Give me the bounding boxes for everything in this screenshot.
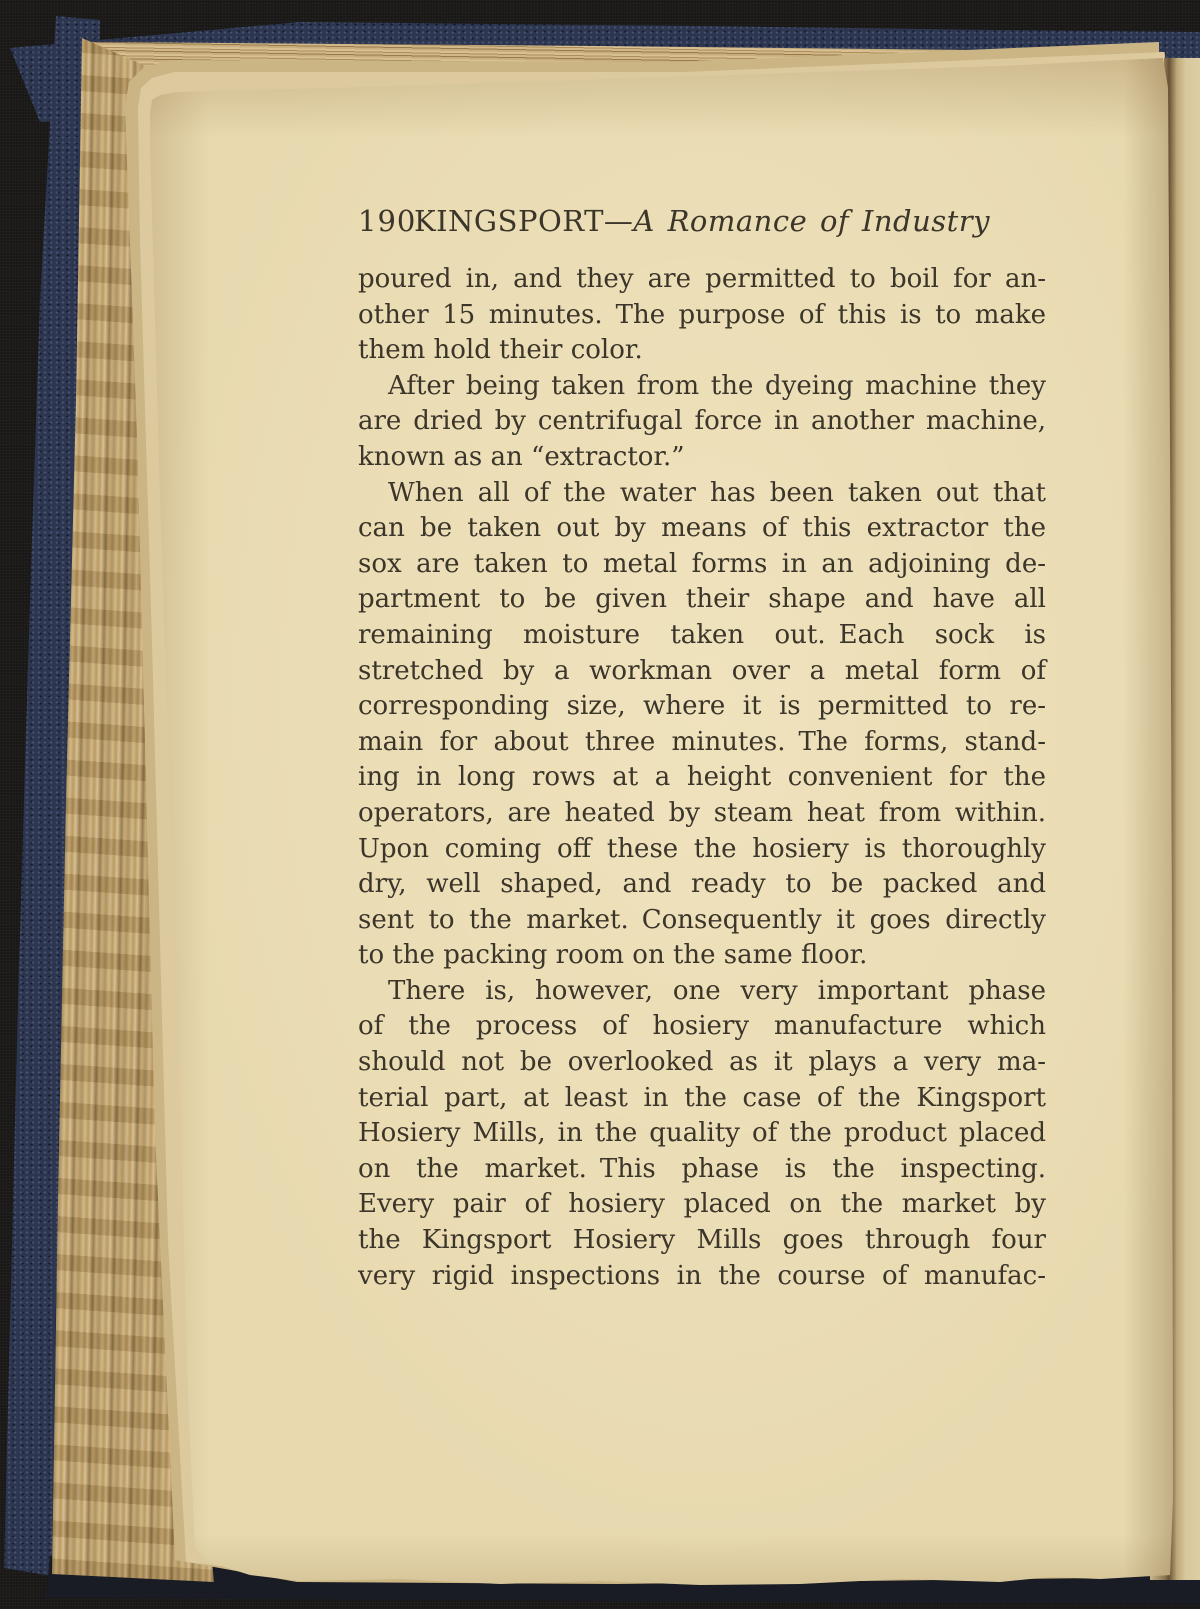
text-line: When all of the water has been taken out…	[358, 476, 1046, 512]
text-line: to the packing room on the same floor.	[358, 938, 1046, 974]
running-title-italic: A Romance of Industry	[633, 204, 990, 238]
text-line: on the market. This phase is the inspect…	[358, 1152, 1046, 1188]
book-page: 190 KINGSPORT—A Romance of Industry pour…	[130, 48, 1178, 1593]
text-line: main for about three minutes. The forms,…	[358, 725, 1046, 761]
text-line: Hosiery Mills, in the quality of the pro…	[358, 1116, 1046, 1152]
running-title: KINGSPORT—A Romance of Industry	[358, 200, 1046, 242]
running-title-roman: KINGSPORT—	[414, 204, 633, 238]
text-line: terial part, at least in the case of the…	[358, 1081, 1046, 1117]
text-line: operators, are heated by steam heat from…	[358, 796, 1046, 832]
running-head: 190 KINGSPORT—A Romance of Industry	[358, 200, 1046, 242]
text-line: sox are taken to metal forms in an adjoi…	[358, 547, 1046, 583]
text-line: sent to the market. Consequently it goes…	[358, 903, 1046, 939]
text-line: very rigid inspections in the course of …	[358, 1259, 1046, 1295]
text-line: After being taken from the dyeing machin…	[358, 369, 1046, 405]
text-line: poured in, and they are permitted to boi…	[358, 262, 1046, 298]
text-line: the Kingsport Hosiery Mills goes through…	[358, 1223, 1046, 1259]
text-line: There is, however, one very important ph…	[358, 974, 1046, 1010]
text-line: of the process of hosiery manufacture wh…	[358, 1009, 1046, 1045]
text-line: can be taken out by means of this extrac…	[358, 511, 1046, 547]
text-line: are dried by centrifugal force in anothe…	[358, 404, 1046, 440]
text-line: them hold their color.	[358, 333, 1046, 369]
text-line: other 15 minutes. The purpose of this is…	[358, 298, 1046, 334]
text-line: partment to be given their shape and hav…	[358, 582, 1046, 618]
text-line: ing in long rows at a height convenient …	[358, 760, 1046, 796]
text-line: Upon coming off these the hosiery is tho…	[358, 832, 1046, 868]
text-line: known as an “extractor.”	[358, 440, 1046, 476]
text-line: stretched by a workman over a metal form…	[358, 654, 1046, 690]
text-line: Every pair of hosiery placed on the mark…	[358, 1187, 1046, 1223]
text-line: remaining moisture taken out. Each sock …	[358, 618, 1046, 654]
book-photo-scene: 190 KINGSPORT—A Romance of Industry pour…	[0, 0, 1200, 1609]
text-line: dry, well shaped, and ready to be packed…	[358, 867, 1046, 903]
text-line: corresponding size, where it is permitte…	[358, 689, 1046, 725]
body-text: poured in, and they are permitted to boi…	[358, 262, 1046, 1294]
text-line: should not be overlooked as it plays a v…	[358, 1045, 1046, 1081]
